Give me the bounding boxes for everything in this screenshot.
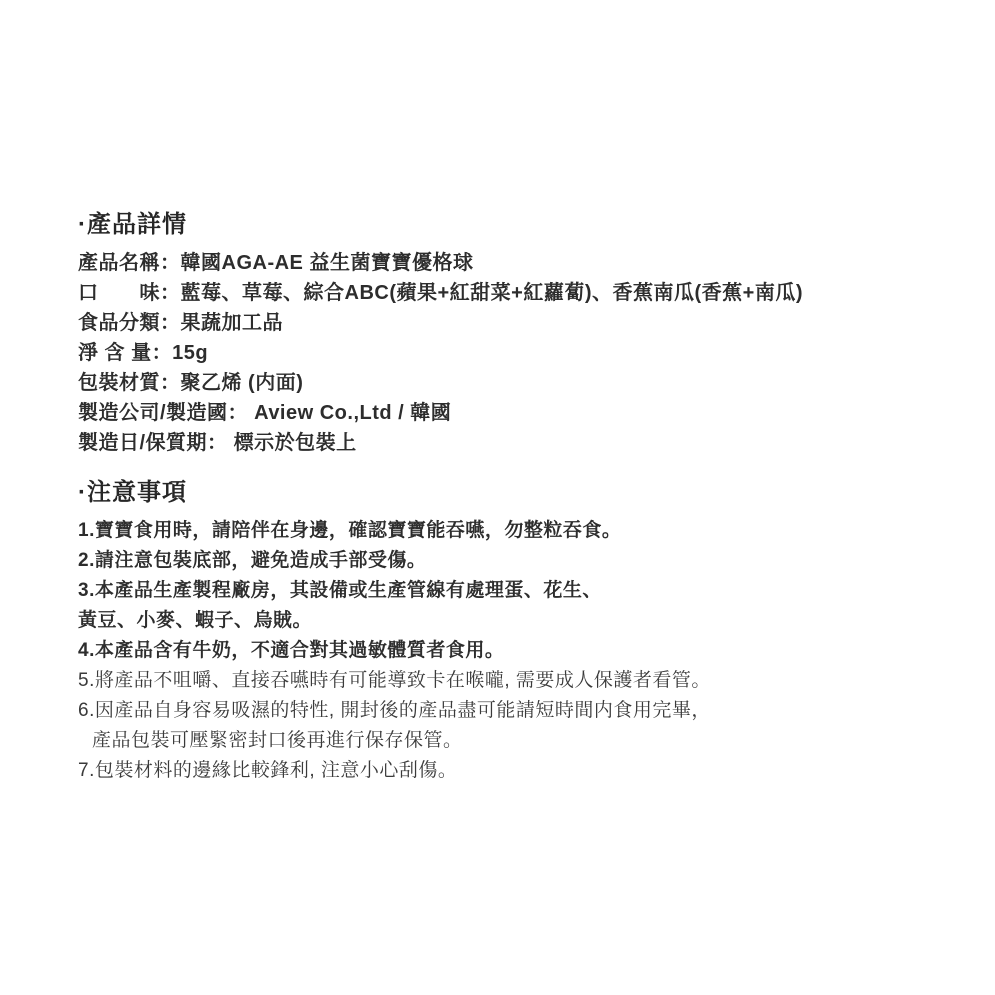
detail-row-food-category: 食品分類：果蔬加工品	[78, 308, 955, 338]
page-content: ·產品詳情 產品名稱：韓國AGA-AE 益生菌寶寶優格球 口 味：藍莓、草莓、綜…	[78, 210, 955, 786]
notice-item-3-continued: 黃豆、小麥、蝦子、烏賊。	[78, 606, 955, 636]
detail-row-manufacture-date: 製造日/保質期： 標示於包裝上	[78, 428, 955, 458]
detail-row-product-name: 產品名稱：韓國AGA-AE 益生菌寶寶優格球	[78, 248, 955, 278]
notice-item-7: 7.包裝材料的邊緣比較鋒利, 注意小心刮傷。	[78, 756, 955, 786]
detail-row-net-weight: 淨 含 量：15g	[78, 338, 955, 368]
product-description-page: ·產品詳情 產品名稱：韓國AGA-AE 益生菌寶寶優格球 口 味：藍莓、草莓、綜…	[0, 0, 995, 995]
product-details-section: ·產品詳情 產品名稱：韓國AGA-AE 益生菌寶寶優格球 口 味：藍莓、草莓、綜…	[78, 210, 955, 458]
notice-item-4: 4.本產品含有牛奶，不適合對其過敏體質者食用。	[78, 636, 955, 666]
detail-row-manufacturer: 製造公司/製造國： Aview Co.,Ltd / 韓國	[78, 398, 955, 428]
notice-item-6-continued: 產品包裝可壓緊密封口後再進行保存保管。	[78, 726, 955, 756]
detail-row-flavor: 口 味：藍莓、草莓、綜合ABC(蘋果+紅甜菜+紅蘿蔔)、香蕉南瓜(香蕉+南瓜)	[78, 278, 955, 308]
notices-heading: ·注意事項	[78, 478, 955, 508]
notice-item-5: 5.將產品不咀嚼、直接吞嚥時有可能導致卡在喉嚨, 需要成人保護者看管。	[78, 666, 955, 696]
product-details-heading: ·產品詳情	[78, 210, 955, 240]
notices-section: ·注意事項 1.寶寶食用時，請陪伴在身邊，確認寶寶能吞嚥，勿整粒吞食。 2.請注…	[78, 478, 955, 786]
notice-item-1: 1.寶寶食用時，請陪伴在身邊，確認寶寶能吞嚥，勿整粒吞食。	[78, 516, 955, 546]
detail-row-packaging-material: 包裝材質：聚乙烯 (内面)	[78, 368, 955, 398]
notice-item-6: 6.因產品自身容易吸濕的特性, 開封後的產品盡可能請短時間内食用完畢，	[78, 696, 955, 726]
notice-item-3: 3.本產品生產製程廠房，其設備或生產管線有處理蛋、花生、	[78, 576, 955, 606]
notice-item-2: 2.請注意包裝底部，避免造成手部受傷。	[78, 546, 955, 576]
